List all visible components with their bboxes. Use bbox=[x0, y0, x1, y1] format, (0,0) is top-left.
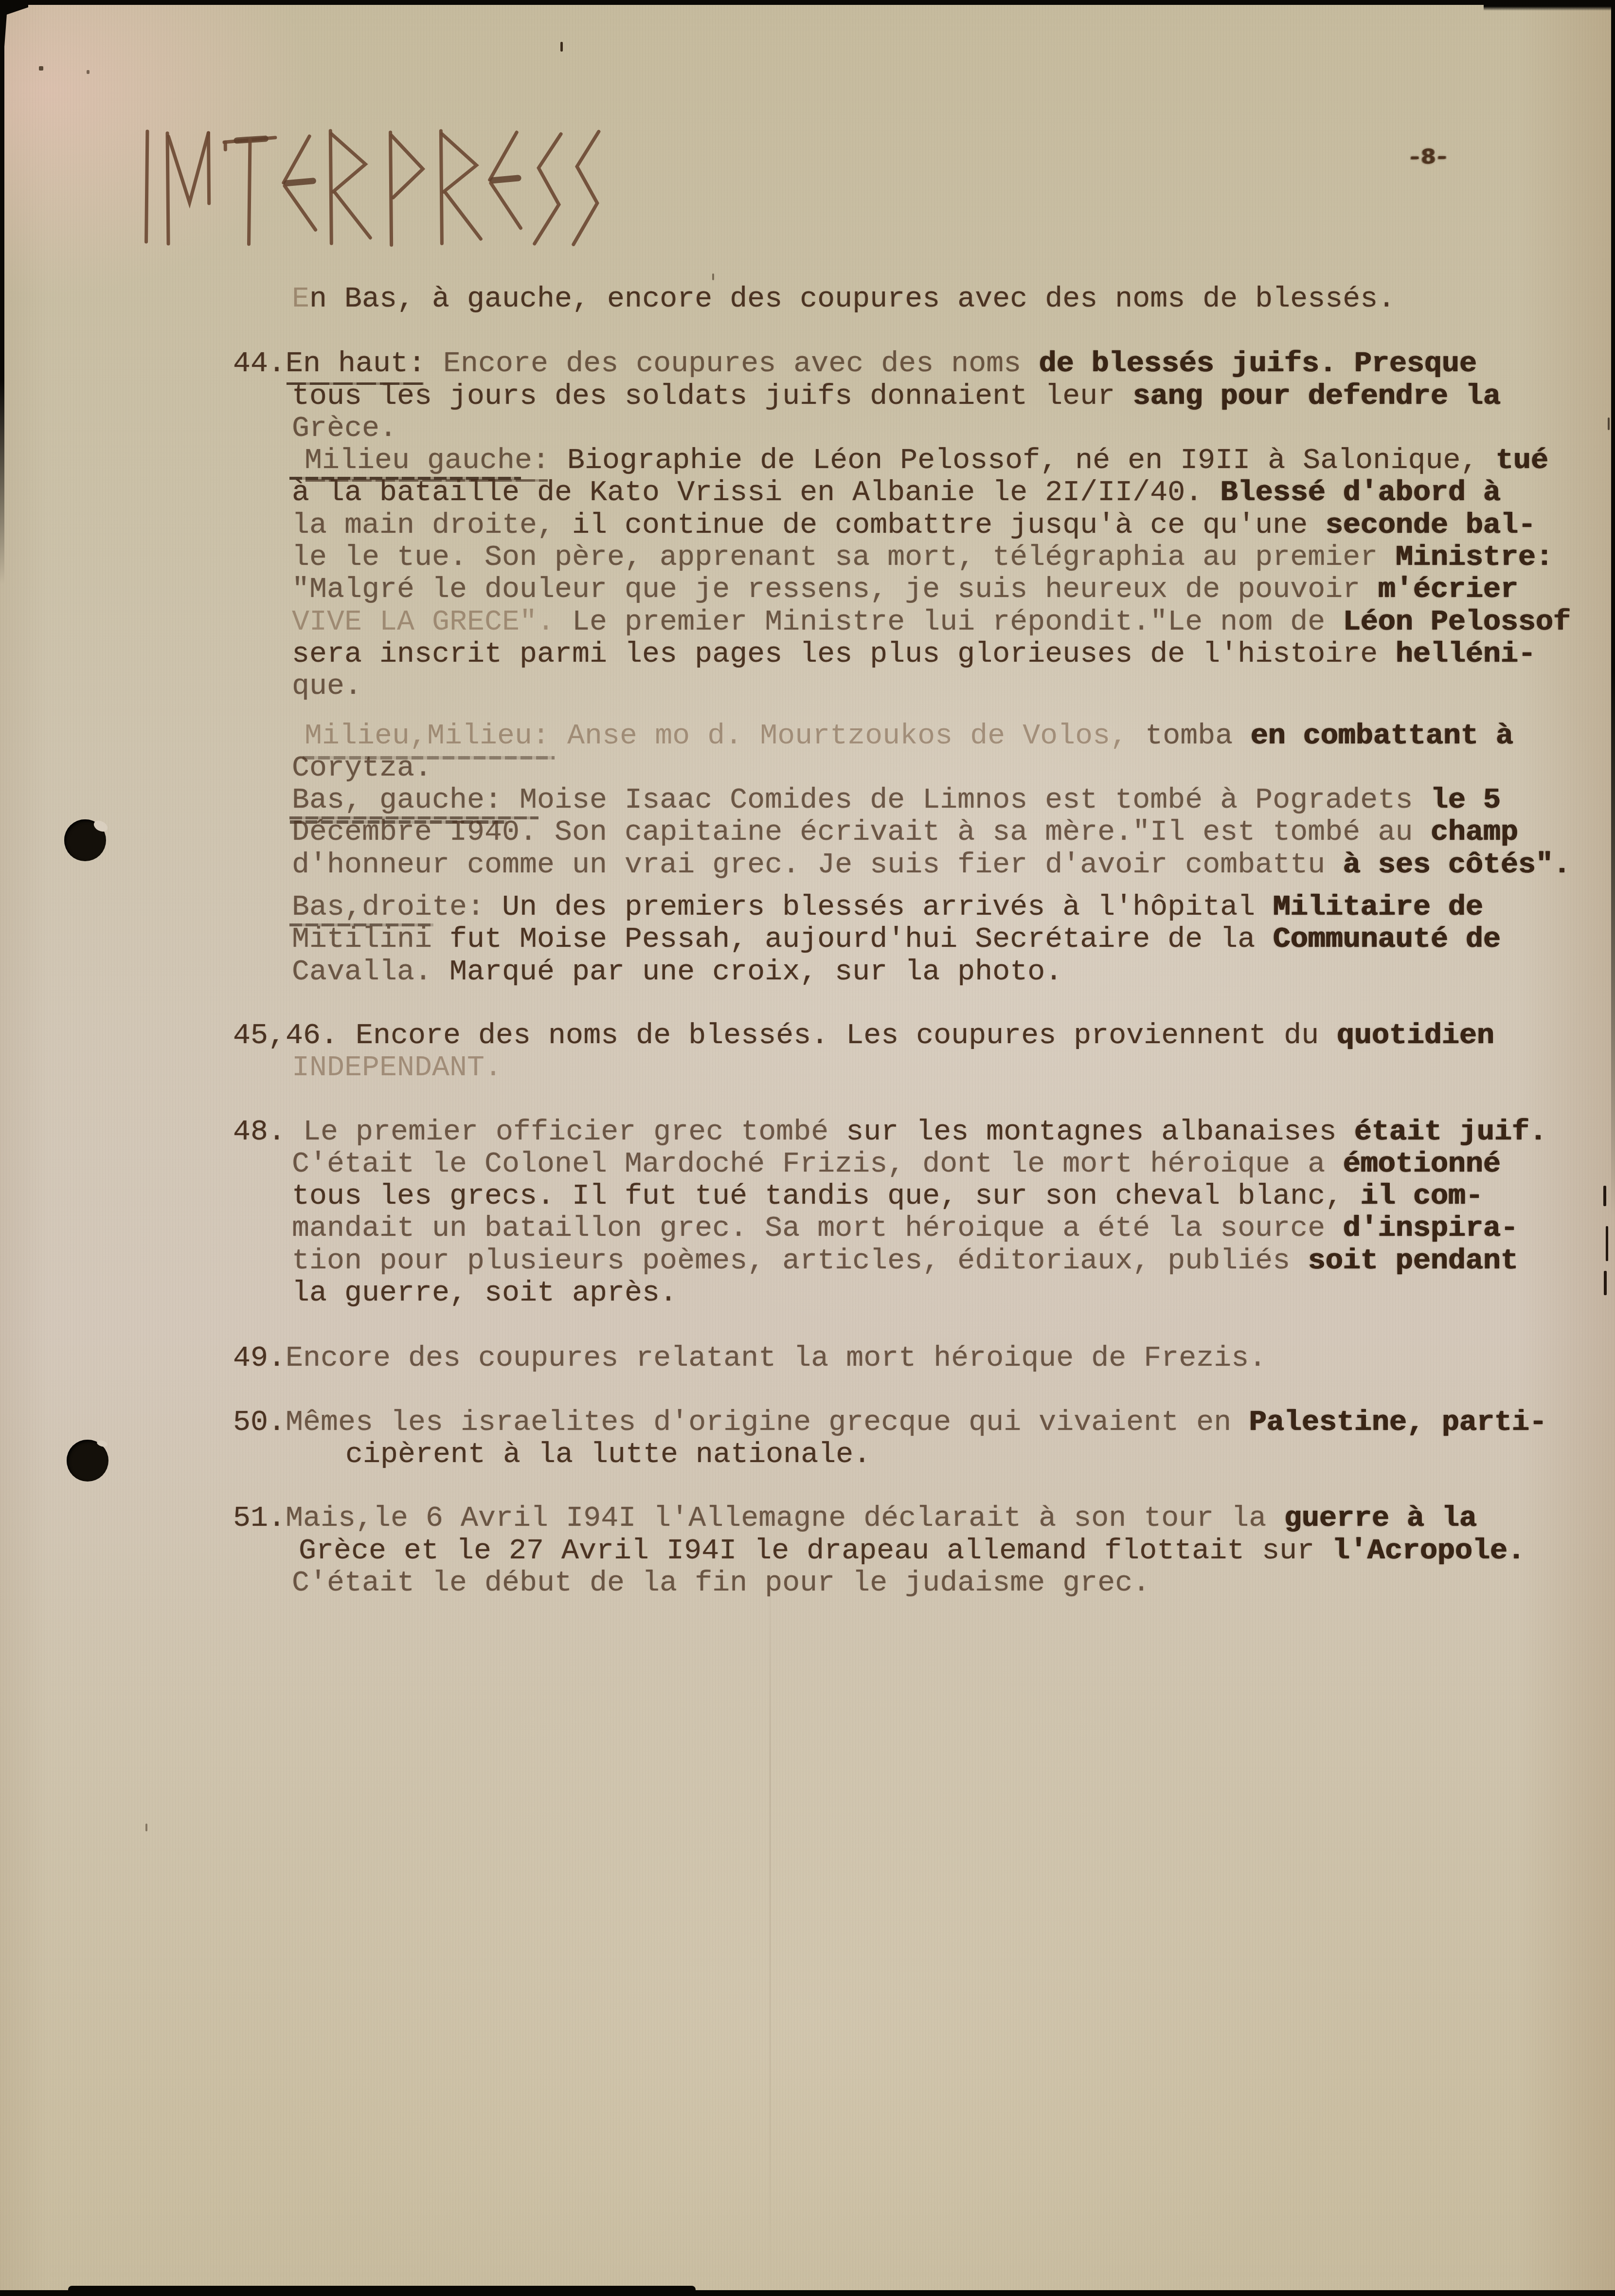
item-43-continuation: En Bas, à gauche, encore des coupures av… bbox=[292, 283, 1615, 315]
text-segment: Communauté de bbox=[1273, 923, 1500, 956]
text-segment: sera inscrit parmi les pages les plus gl… bbox=[292, 638, 1395, 671]
text-segment: helléni- bbox=[1395, 638, 1535, 671]
scanned-page: { "page": { "number": "-8-" }, "header":… bbox=[0, 0, 1615, 2296]
edge-scratch bbox=[1606, 1226, 1608, 1261]
item-44-bas-gauche: Bas, gauche: Moise Isaac Comides de Limn… bbox=[292, 784, 1615, 881]
text-segment: Corytza. bbox=[292, 752, 432, 785]
text-segment: Anse mo d. Mourtzoukos de Volos, bbox=[550, 720, 1145, 753]
text-segment: Un des premiers blessés arrivés à l'hôpi… bbox=[484, 891, 1273, 924]
interpress-logo bbox=[115, 115, 640, 262]
text-segment: d'honneur comme un vrai grec. Je suis fi… bbox=[292, 849, 1343, 882]
typed-line: Mitilini fut Moise Pessah, aujourd'hui S… bbox=[292, 923, 1615, 956]
item-44: 44.En haut: Encore des coupures avec des… bbox=[292, 348, 1615, 445]
typed-line: sera inscrit parmi les pages les plus gl… bbox=[292, 638, 1615, 670]
typed-line: C'était le début de la fin pour le judai… bbox=[292, 1567, 1615, 1599]
text-segment: il com- bbox=[1360, 1180, 1483, 1213]
hole-punch bbox=[64, 819, 106, 861]
text-segment: Grèce. bbox=[292, 412, 397, 445]
typed-line: tous les jours des soldats juifs donnaie… bbox=[292, 380, 1615, 413]
typed-line: cipèrent à la lutte nationale. bbox=[345, 1439, 1615, 1471]
ink-speck bbox=[87, 70, 90, 74]
ink-speck bbox=[145, 1824, 147, 1831]
ink-speck bbox=[39, 66, 43, 71]
text-segment: 50. bbox=[233, 1406, 286, 1439]
text-segment: E bbox=[292, 283, 309, 316]
typed-line: tous les grecs. Il fut tué tandis que, s… bbox=[292, 1180, 1615, 1212]
text-segment: Bas,droite: bbox=[292, 891, 484, 924]
text-segment: Léon Pelossof bbox=[1343, 606, 1570, 639]
scan-edge-top-right bbox=[1484, 0, 1615, 11]
item-49: 49.Encore des coupures relatant la mort … bbox=[292, 1342, 1615, 1374]
text-segment: Moise Isaac Comides de Limnos est tombé … bbox=[502, 784, 1430, 817]
text-segment: m'écrier bbox=[1378, 573, 1518, 606]
fold-crease bbox=[770, 1533, 771, 2292]
typed-line: 44.En haut: Encore des coupures avec des… bbox=[233, 348, 1615, 380]
typed-line: la main droite, il continue de combattre… bbox=[292, 509, 1615, 542]
text-segment: Marqué par une croix, sur la photo. bbox=[449, 956, 1062, 989]
text-segment: 48. bbox=[233, 1116, 286, 1149]
typed-line: Bas,droite: Un des premiers blessés arri… bbox=[292, 891, 1615, 923]
edge-scratch bbox=[1604, 1271, 1607, 1295]
text-segment: Le premier officier grec tombé bbox=[286, 1116, 846, 1149]
text-segment: Cavalla. bbox=[292, 956, 449, 989]
text-segment: de blessés juifs. Presque bbox=[1039, 347, 1476, 380]
text-segment: tué bbox=[1495, 444, 1548, 477]
item-50: 50.Mêmes les israelites d'origine grecqu… bbox=[292, 1407, 1615, 1471]
text-segment: Militaire de bbox=[1273, 891, 1483, 924]
text-segment: que. bbox=[292, 670, 362, 703]
text-segment: n Bas, à gauche, encore des coupures ave… bbox=[309, 283, 1395, 316]
typed-line: En Bas, à gauche, encore des coupures av… bbox=[292, 283, 1615, 315]
text-segment: Mais,le 6 Avril I94I l'Allemagne déclara… bbox=[286, 1502, 1284, 1535]
typed-line: 50.Mêmes les israelites d'origine grecqu… bbox=[233, 1407, 1615, 1439]
text-segment: la main droite, bbox=[292, 509, 572, 542]
typed-line: "Malgré le douleur que je ressens, je su… bbox=[292, 574, 1615, 606]
text-segment: était juif. bbox=[1354, 1116, 1546, 1149]
text-segment: à la bataille bbox=[292, 476, 520, 509]
text-segment: Mêmes les israelites d'origine grecque q… bbox=[286, 1406, 1249, 1439]
text-segment: Biographie de Léon Pelossof, né en I9II … bbox=[550, 444, 1495, 477]
text-segment: tous les jours des soldats juifs donnaie… bbox=[292, 380, 1132, 413]
text-segment: émotionné bbox=[1343, 1148, 1500, 1181]
typed-line: VIVE LA GRECE". Le premier Ministre lui … bbox=[292, 606, 1615, 638]
scan-edge-bottom-thick bbox=[68, 2286, 696, 2296]
scan-edge-left bbox=[0, 0, 4, 584]
text-segment: sang pour defendre la bbox=[1132, 380, 1500, 413]
item-51: 51.Mais,le 6 Avril I94I l'Allemagne décl… bbox=[292, 1502, 1615, 1599]
text-segment: 45,46. bbox=[233, 1019, 338, 1052]
text-segment: le le tue. Son père, apprenant sa mort, … bbox=[292, 541, 1395, 574]
typed-line: la guerre, soit après. bbox=[292, 1277, 1615, 1309]
text-segment: il continue de combattre jusqu'à ce qu'u… bbox=[572, 509, 1325, 542]
typed-text: En Bas, à gauche, encore des coupures av… bbox=[292, 283, 1615, 1599]
ink-speck bbox=[560, 42, 563, 52]
edge-scratch bbox=[1608, 417, 1610, 430]
item-44-milieu-milieu: Milieu,Milieu: Anse mo d. Mourtzoukos de… bbox=[292, 720, 1615, 785]
text-segment: tomba bbox=[1145, 720, 1250, 753]
paper-sheet: -8- En Bas, à gauche, encore des coupure… bbox=[0, 0, 1615, 2296]
text-segment: VIVE LA GRECE". bbox=[292, 606, 572, 639]
typed-line: Milieu gauche: Biographie de Léon Peloss… bbox=[305, 445, 1615, 477]
scan-edge-right bbox=[1611, 0, 1615, 1216]
text-segment: 44. bbox=[233, 347, 286, 380]
typed-line: Cavalla. Marqué par une croix, sur la ph… bbox=[292, 956, 1615, 988]
text-segment: Son capitaine écrivait à sa mère."Il est… bbox=[537, 816, 1430, 849]
typed-line: INDEPENDANT. bbox=[292, 1052, 1615, 1084]
typed-line: mandait un bataillon grec. Sa mort héroi… bbox=[292, 1212, 1615, 1245]
text-segment: Palestine, parti- bbox=[1249, 1406, 1546, 1439]
typed-line: 48. Le premier officier grec tombé sur l… bbox=[233, 1116, 1615, 1148]
text-segment: quotidien bbox=[1336, 1019, 1494, 1052]
text-segment: mandait un bataillon grec. Sa mort héroi… bbox=[292, 1212, 1343, 1245]
text-segment: En haut: bbox=[286, 347, 426, 380]
text-segment: Bas, gauche: bbox=[292, 784, 502, 817]
text-segment: guerre à la bbox=[1284, 1502, 1476, 1535]
typed-line: 45,46. Encore des noms de blessés. Les c… bbox=[233, 1020, 1615, 1052]
typed-line: à la bataille de Kato Vrissi en Albanie … bbox=[292, 477, 1615, 509]
text-segment: INDEPENDANT. bbox=[292, 1051, 502, 1085]
typed-line: 51.Mais,le 6 Avril I94I l'Allemagne décl… bbox=[233, 1502, 1615, 1535]
text-segment: cipèrent à la lutte nationale. bbox=[345, 1438, 871, 1471]
text-segment: l'Acropole. bbox=[1332, 1535, 1525, 1568]
text-segment: seconde bal- bbox=[1325, 509, 1535, 542]
text-segment: champ bbox=[1430, 816, 1518, 849]
typed-line: tion pour plusieurs poèmes, articles, éd… bbox=[292, 1245, 1615, 1277]
text-segment: fut Moise Pessah, aujourd'hui Secrétaire… bbox=[432, 923, 1273, 956]
text-segment: Blessé d'abord à bbox=[1220, 476, 1500, 509]
text-segment: tion pour plusieurs poèmes, articles, éd… bbox=[292, 1245, 1308, 1278]
text-segment: C'était le Colonel Mardoché Frizis, dont… bbox=[292, 1148, 1343, 1181]
item-44-bas-droite: Bas,droite: Un des premiers blessés arri… bbox=[292, 891, 1615, 988]
ink-speck bbox=[712, 273, 714, 280]
text-segment: la guerre, soit après. bbox=[292, 1277, 677, 1310]
edge-scratch bbox=[1603, 1186, 1606, 1206]
text-segment: Le premier Ministre lui répondit."Le nom… bbox=[572, 606, 1343, 639]
typed-line: Grèce et le 27 Avril I94I le drapeau all… bbox=[299, 1535, 1615, 1567]
text-segment: C'était le début de la fin pour le judai… bbox=[292, 1567, 1150, 1600]
text-segment: sur les montagnes albanaises bbox=[846, 1116, 1354, 1149]
text-segment: de Kato Vrissi en Albanie le 2I/II/40. bbox=[520, 476, 1220, 509]
item-44-milieu-gauche: Milieu gauche: Biographie de Léon Peloss… bbox=[292, 445, 1615, 703]
typed-line: C'était le Colonel Mardoché Frizis, dont… bbox=[292, 1148, 1615, 1180]
text-segment: Milieu gauche: bbox=[305, 444, 550, 477]
text-segment: en combattant à bbox=[1250, 720, 1513, 753]
scan-edge-top bbox=[0, 0, 1615, 5]
text-segment: 51. bbox=[233, 1502, 286, 1535]
item-48: 48. Le premier officier grec tombé sur l… bbox=[292, 1116, 1615, 1310]
text-segment: le 5 bbox=[1430, 784, 1500, 817]
text-segment: d'inspira- bbox=[1343, 1212, 1518, 1245]
typed-line: d'honneur comme un vrai grec. Je suis fi… bbox=[292, 849, 1615, 881]
typed-line: Milieu,Milieu: Anse mo d. Mourtzoukos de… bbox=[305, 720, 1615, 752]
item-45-46: 45,46. Encore des noms de blessés. Les c… bbox=[292, 1020, 1615, 1085]
text-segment: "Malgré le douleur que je ressens, je su… bbox=[292, 573, 1378, 606]
typed-line: Grèce. bbox=[292, 413, 1615, 445]
text-segment: à ses côtés". bbox=[1343, 849, 1570, 882]
text-segment: Ministre: bbox=[1395, 541, 1553, 574]
hole-punch bbox=[67, 1440, 108, 1482]
typed-line: Bas, gauche: Moise Isaac Comides de Limn… bbox=[292, 784, 1615, 816]
text-segment: soit pendant bbox=[1308, 1245, 1518, 1278]
text-segment: tous les grecs. Il fut tué tandis que, s… bbox=[292, 1180, 1360, 1213]
text-segment: Grèce et le 27 Avril I94I le drapeau all… bbox=[299, 1535, 1332, 1568]
text-segment: Milieu,Milieu: bbox=[305, 720, 550, 753]
text-segment: 49. bbox=[233, 1342, 286, 1375]
text-segment: Encore des coupures relatant la mort hér… bbox=[286, 1342, 1266, 1375]
page-number: -8- bbox=[1407, 145, 1449, 171]
typed-line: 49.Encore des coupures relatant la mort … bbox=[233, 1342, 1615, 1374]
typed-line: Décembre I940. Son capitaine écrivait à … bbox=[292, 816, 1615, 849]
text-segment: Encore des coupures avec des noms bbox=[426, 347, 1039, 380]
text-segment: Mitilini bbox=[292, 923, 432, 956]
text-segment: Encore des noms de blessés. Les coupures… bbox=[338, 1019, 1336, 1052]
text-segment: Décembre I940. bbox=[292, 816, 537, 849]
typed-line: que. bbox=[292, 670, 1615, 703]
typed-line: le le tue. Son père, apprenant sa mort, … bbox=[292, 542, 1615, 574]
